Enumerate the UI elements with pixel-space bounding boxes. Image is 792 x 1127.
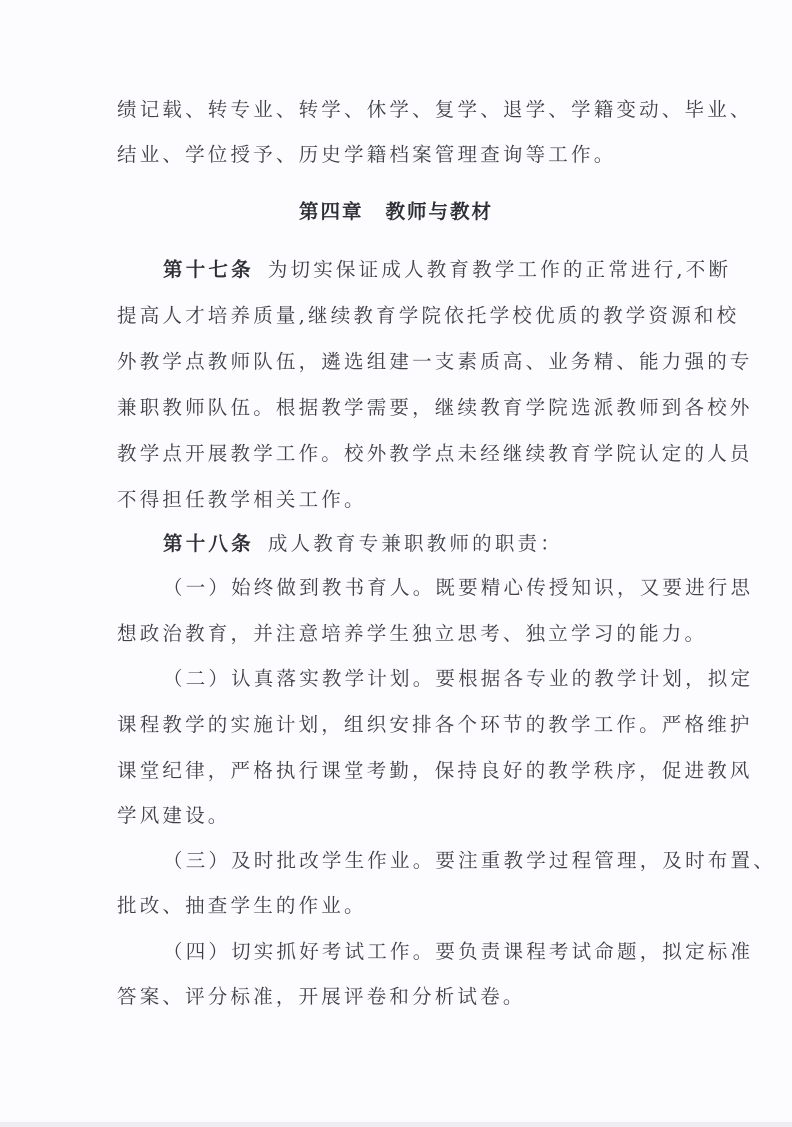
list-item-4-line: （四）切实抓好考试工作。要负责课程考试命题，拟定标准	[163, 940, 677, 964]
document-page: 绩记载、转专业、转学、休学、复学、退学、学籍变动、毕业、 结业、学位授予、历史学…	[0, 0, 792, 1127]
paragraph-line: 课程教学的实施计划，组织安排各个环节的教学工作。严格维护	[117, 713, 677, 737]
paragraph-line: 批改、抽查学生的作业。	[117, 894, 677, 918]
paragraph-line: 提高人才培养质量,继续教育学院依托学校优质的教学资源和校	[117, 304, 677, 328]
scan-speck	[119, 812, 121, 814]
article-18-intro: 成人教育专兼职教师的职责：	[268, 532, 563, 555]
chapter-title: 教师与教材	[386, 200, 494, 223]
paragraph-line: 学风建设。	[117, 804, 677, 828]
paragraph-line: 课堂纪律，严格执行课堂考勤，保持良好的教学秩序，促进教风	[117, 759, 677, 783]
article-18-label: 第十八条	[163, 532, 254, 555]
chapter-heading: 第四章教师与教材	[0, 200, 792, 224]
paragraph-line: 外教学点教师队伍，遴选组建一支素质高、业务精、能力强的专	[117, 350, 677, 374]
list-item-2-line: （二）认真落实教学计划。要根据各专业的教学计划，拟定	[163, 667, 677, 691]
paragraph-line: 结业、学位授予、历史学籍档案管理查询等工作。	[117, 143, 677, 167]
paragraph-line: 绩记载、转专业、转学、休学、复学、退学、学籍变动、毕业、	[117, 98, 677, 122]
paragraph-line: 不得担任教学相关工作。	[117, 488, 677, 512]
article-17-first-line: 第十七条为切实保证成人教育教学工作的正常进行,不断	[163, 258, 677, 282]
page-bottom-edge	[0, 1122, 792, 1127]
paragraph-line: 想政治教育，并注意培养学生独立思考、独立学习的能力。	[117, 622, 677, 646]
article-18-first-line: 第十八条成人教育专兼职教师的职责：	[163, 532, 677, 556]
paragraph-line: 答案、评分标准，开展评卷和分析试卷。	[117, 985, 677, 1009]
list-item-3-line: （三）及时批改学生作业。要注重教学过程管理，及时布置、	[163, 849, 677, 873]
chapter-number: 第四章	[299, 200, 364, 223]
paragraph-line: 教学点开展教学工作。校外教学点未经继续教育学院认定的人员	[117, 442, 677, 466]
article-17-label: 第十七条	[163, 258, 254, 281]
paragraph-line: 兼职教师队伍。根据教学需要，继续教育学院选派教师到各校外	[117, 396, 677, 420]
article-17-text: 为切实保证成人教育教学工作的正常进行,不断	[268, 258, 731, 281]
list-item-1-line: （一）始终做到教书育人。既要精心传授知识，又要进行思	[163, 576, 677, 600]
